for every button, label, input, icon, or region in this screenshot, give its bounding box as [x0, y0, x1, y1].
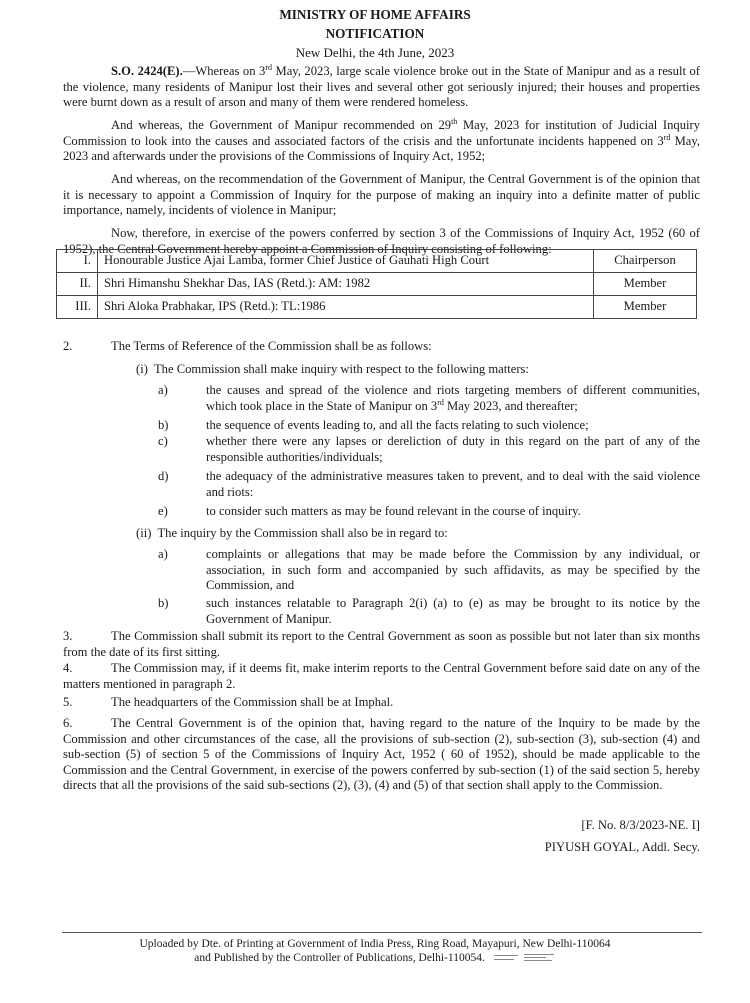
footer: Uploaded by Dte. of Printing at Governme…: [0, 937, 750, 965]
part-i-heading: (i) The Commission shall make inquiry wi…: [136, 362, 529, 378]
part-ii-text: The inquiry by the Commission shall also…: [157, 526, 447, 540]
footer-line-1: Uploaded by Dte. of Printing at Governme…: [0, 937, 750, 951]
section-4-text: The Commission may, if it deems fit, mak…: [63, 661, 700, 691]
list-item: to consider such matters as may be found…: [206, 504, 700, 520]
members-table: I.Honourable Justice Ajai Lamba, former …: [56, 249, 697, 319]
so-number: S.O. 2424(E).: [111, 64, 183, 78]
preamble-paragraph-1: S.O. 2424(E).—Whereas on 3rd May, 2023, …: [63, 64, 700, 111]
member-role: Member: [594, 296, 697, 319]
table-row: II.Shri Himanshu Shekhar Das, IAS (Retd.…: [57, 273, 697, 296]
section-6: 6.The Central Government is of the opini…: [63, 716, 700, 794]
member-role: Chairperson: [594, 250, 697, 273]
item-letter: a): [158, 383, 198, 399]
section-6-text: The Central Government is of the opinion…: [63, 716, 700, 792]
list-item: whether there were any lapses or derelic…: [206, 434, 700, 465]
member-number: II.: [57, 273, 98, 296]
part-i-text: The Commission shall make inquiry with r…: [154, 362, 529, 376]
section-3: 3.The Commission shall submit its report…: [63, 629, 700, 660]
preamble-paragraph-2: And whereas, the Government of Manipur r…: [63, 118, 700, 165]
list-item: the sequence of events leading to, and a…: [206, 418, 700, 434]
list-item: such instances relatable to Paragraph 2(…: [206, 596, 700, 627]
item-letter: d): [158, 469, 198, 485]
part-i-label: (i): [136, 362, 148, 376]
member-name: Shri Aloka Prabhakar, IPS (Retd.): TL:19…: [98, 296, 594, 319]
digital-signature-stamp-icon: [494, 953, 556, 963]
item-letter: a): [158, 547, 198, 563]
section-2-number: 2.: [63, 339, 111, 355]
section-6-number: 6.: [63, 716, 111, 732]
list-item: complaints or allegations that may be ma…: [206, 547, 700, 594]
section-5: 5.The headquarters of the Commission sha…: [63, 695, 700, 711]
list-item: the adequacy of the administrative measu…: [206, 469, 700, 500]
section-3-text: The Commission shall submit its report t…: [63, 629, 700, 659]
dateline: New Delhi, the 4th June, 2023: [0, 45, 750, 61]
footer-line-2-text: and Published by the Controller of Publi…: [194, 952, 485, 964]
notification-page: MINISTRY OF HOME AFFAIRS NOTIFICATION Ne…: [0, 0, 750, 1003]
notification-heading: NOTIFICATION: [0, 26, 750, 42]
member-name: Shri Himanshu Shekhar Das, IAS (Retd.): …: [98, 273, 594, 296]
part-ii-heading: (ii) The inquiry by the Commission shall…: [136, 526, 448, 542]
section-4-number: 4.: [63, 661, 111, 677]
member-name: Honourable Justice Ajai Lamba, former Ch…: [98, 250, 594, 273]
item-letter: b): [158, 596, 198, 612]
file-number: [F. No. 8/3/2023-NE. I]: [581, 818, 700, 834]
preamble-paragraph-3: And whereas, on the recommendation of th…: [63, 172, 700, 219]
section-3-number: 3.: [63, 629, 111, 645]
member-number: I.: [57, 250, 98, 273]
member-number: III.: [57, 296, 98, 319]
footer-line-2: and Published by the Controller of Publi…: [0, 951, 750, 965]
table-row: I.Honourable Justice Ajai Lamba, former …: [57, 250, 697, 273]
footer-divider: [62, 932, 702, 933]
item-letter: c): [158, 434, 198, 450]
section-4: 4.The Commission may, if it deems fit, m…: [63, 661, 700, 692]
section-5-number: 5.: [63, 695, 111, 711]
item-letter: b): [158, 418, 198, 434]
member-role: Member: [594, 273, 697, 296]
ministry-heading: MINISTRY OF HOME AFFAIRS: [0, 7, 750, 23]
section-2-text: The Terms of Reference of the Commission…: [111, 339, 432, 353]
table-row: III.Shri Aloka Prabhakar, IPS (Retd.): T…: [57, 296, 697, 319]
list-item: the causes and spread of the violence an…: [206, 383, 700, 414]
part-ii-label: (ii): [136, 526, 151, 540]
section-5-text: The headquarters of the Commission shall…: [111, 695, 393, 709]
section-2: 2.The Terms of Reference of the Commissi…: [63, 339, 700, 355]
signatory: PIYUSH GOYAL, Addl. Secy.: [545, 840, 700, 856]
item-letter: e): [158, 504, 198, 520]
